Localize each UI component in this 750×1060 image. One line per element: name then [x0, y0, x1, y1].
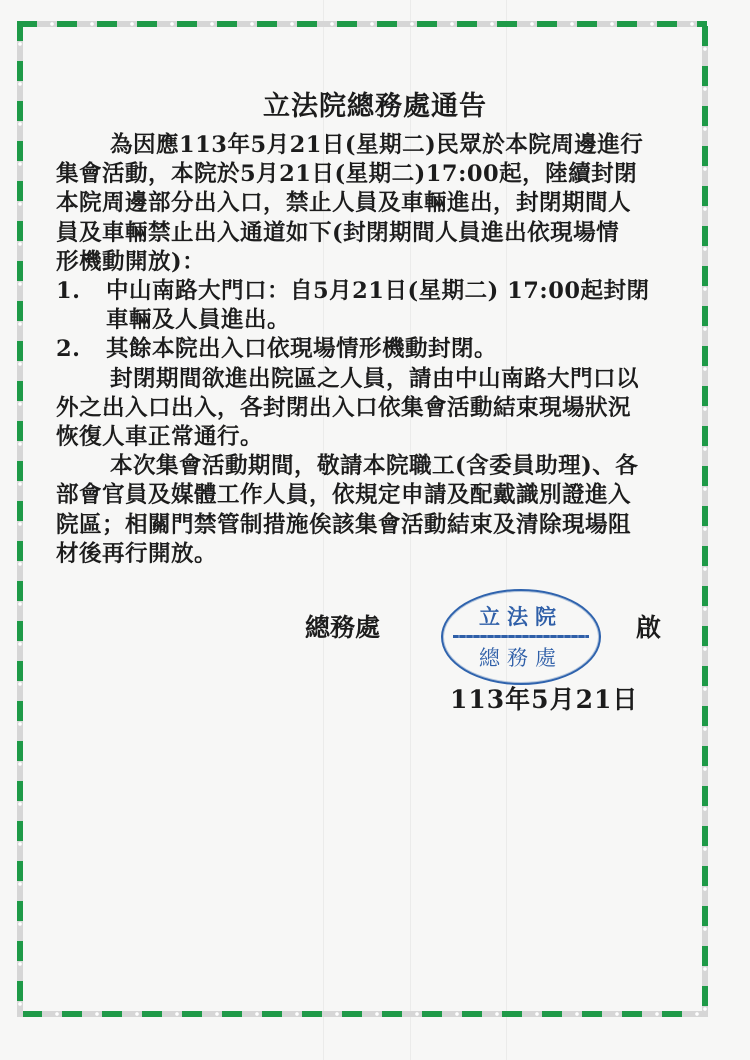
decorative-border-right — [702, 26, 708, 1017]
signature-department: 總務處 — [305, 608, 380, 644]
text-line: 形機動開放)： — [56, 248, 676, 277]
notice-title: 立法院總務處通告 — [0, 84, 750, 123]
decorative-border-bottom — [22, 1011, 708, 1017]
paragraph-1: 為因應113年5月21日(星期二)民眾於本院周邊進行 集會活動，本院於5月21日… — [56, 131, 676, 277]
list-number: 1. — [56, 277, 106, 306]
seal-bottom-text: 總務處 — [443, 642, 599, 672]
signature-date: 113年5月21日 — [450, 680, 638, 716]
text-line: 為因應113年5月21日(星期二)民眾於本院周邊進行 — [56, 131, 676, 160]
official-seal: 立法院 總務處 — [441, 589, 601, 685]
text-line: 本次集會活動期間，敬請本院職工(含委員助理)、各 — [56, 452, 676, 481]
text-line: 本院周邊部分出入口，禁止人員及車輛進出，封閉期間人 — [56, 189, 676, 218]
text-line: 車輛及人員進出。 — [56, 306, 676, 335]
closure-list: 1.中山南路大門口：自5月21日(星期二) 17:00起封閉 車輛及人員進出。 … — [56, 277, 676, 365]
list-item: 2.其餘本院出入口依現場情形機動封閉。 — [56, 335, 676, 364]
notice-body: 為因應113年5月21日(星期二)民眾於本院周邊進行 集會活動，本院於5月21日… — [56, 131, 676, 569]
seal-top-text: 立法院 — [443, 601, 599, 631]
text-line: 恢復人車正常通行。 — [56, 423, 676, 452]
decorative-border-left — [17, 21, 23, 1017]
seal-divider — [453, 635, 589, 638]
text-line: 中山南路大門口：自5月21日(星期二) 17:00起封閉 — [106, 278, 650, 304]
text-line: 集會活動，本院於5月21日(星期二)17:00起，陸續封閉 — [56, 160, 676, 189]
list-item: 1.中山南路大門口：自5月21日(星期二) 17:00起封閉 車輛及人員進出。 — [56, 277, 676, 335]
text-line: 外之出入口出入，各封閉出入口依集會活動結束現場狀況 — [56, 394, 676, 423]
text-line: 其餘本院出入口依現場情形機動封閉。 — [106, 336, 497, 362]
list-number: 2. — [56, 335, 106, 364]
text-line: 封閉期間欲進出院區之人員，請由中山南路大門口以 — [56, 365, 676, 394]
paragraph-2: 封閉期間欲進出院區之人員，請由中山南路大門口以 外之出入口出入，各封閉出入口依集… — [56, 365, 676, 453]
paragraph-3: 本次集會活動期間，敬請本院職工(含委員助理)、各 部會官員及媒體工作人員，依規定… — [56, 452, 676, 569]
decorative-border-top — [17, 21, 707, 27]
text-line: 部會官員及媒體工作人員，依規定申請及配戴識別證進入 — [56, 481, 676, 510]
signature-verb: 啟 — [636, 608, 661, 644]
text-line: 院區；相關門禁管制措施俟該集會活動結束及清除現場阻 — [56, 511, 676, 540]
text-line: 材後再行開放。 — [56, 540, 676, 569]
text-line: 員及車輛禁止出入通道如下(封閉期間人員進出依現場情 — [56, 219, 676, 248]
